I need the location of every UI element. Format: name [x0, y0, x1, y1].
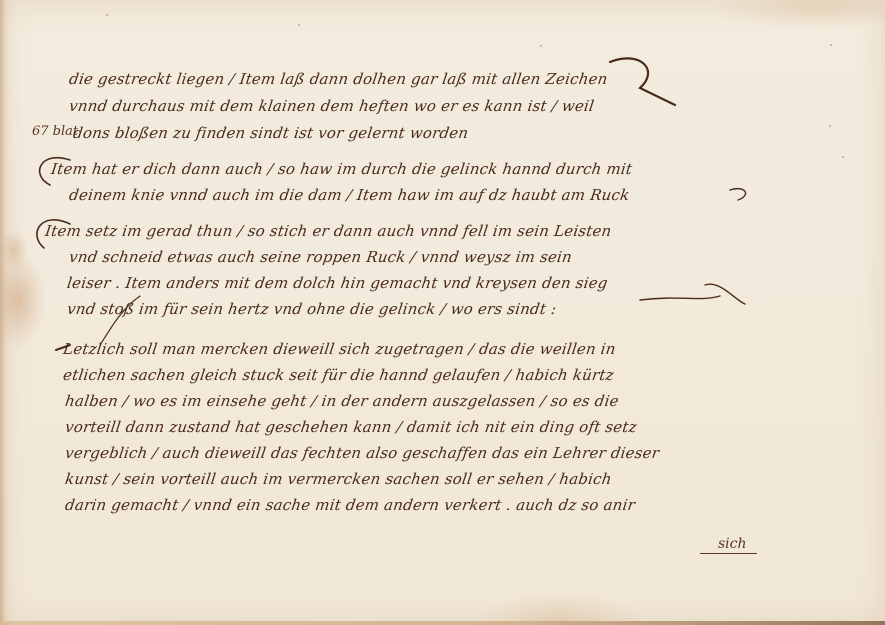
text-line: vnnd durchaus mit dem klainen dem heften… [68, 97, 595, 115]
text-line: etlichen sachen gleich stuck seit für di… [62, 366, 615, 384]
page-edge [0, 621, 885, 625]
text-line: vergeblich / auch dieweill das fechten a… [64, 444, 660, 462]
text-line: vnd schneid etwas auch seine roppen Ruck… [68, 248, 573, 266]
text-line: Letzlich soll man mercken dieweill sich … [62, 340, 617, 358]
text-line: darin gemacht / vnnd ein sache mit dem a… [64, 496, 636, 514]
text-line: halben / wo es im einsehe geht / in der … [64, 392, 620, 410]
paper-speck [830, 44, 832, 46]
text-line: die gestreckt liegen / Item laß dann dol… [68, 70, 609, 88]
catchword: sich [700, 536, 757, 554]
text-line: Item hat er dich dann auch / so haw im d… [50, 160, 633, 178]
text-line: deinem knie vnnd auch im die dam / Item … [68, 186, 631, 204]
paper-speck [829, 125, 831, 127]
text-line: vorteill dann zustand hat geschehen kann… [64, 418, 638, 436]
text-line: Item setz im gerad thun / so stich er da… [44, 222, 613, 240]
paper-speck [106, 14, 108, 16]
text-line: vnd stoß im für sein hertz vnd ohne die … [66, 300, 558, 318]
paper-speck [842, 156, 844, 158]
text-line: leiser . Item anders mit dem dolch hin g… [66, 274, 609, 292]
text-line: dons bloßen zu finden sindt ist vor gele… [72, 124, 470, 142]
margin-note-folio: 67 blat [32, 124, 78, 139]
paper-speck [540, 45, 542, 47]
paper-speck [298, 24, 300, 26]
manuscript-page: 67 blat die gestreckt liegen / Item laß … [0, 0, 885, 625]
text-line: kunst / sein vorteill auch im vermercken… [64, 470, 613, 488]
